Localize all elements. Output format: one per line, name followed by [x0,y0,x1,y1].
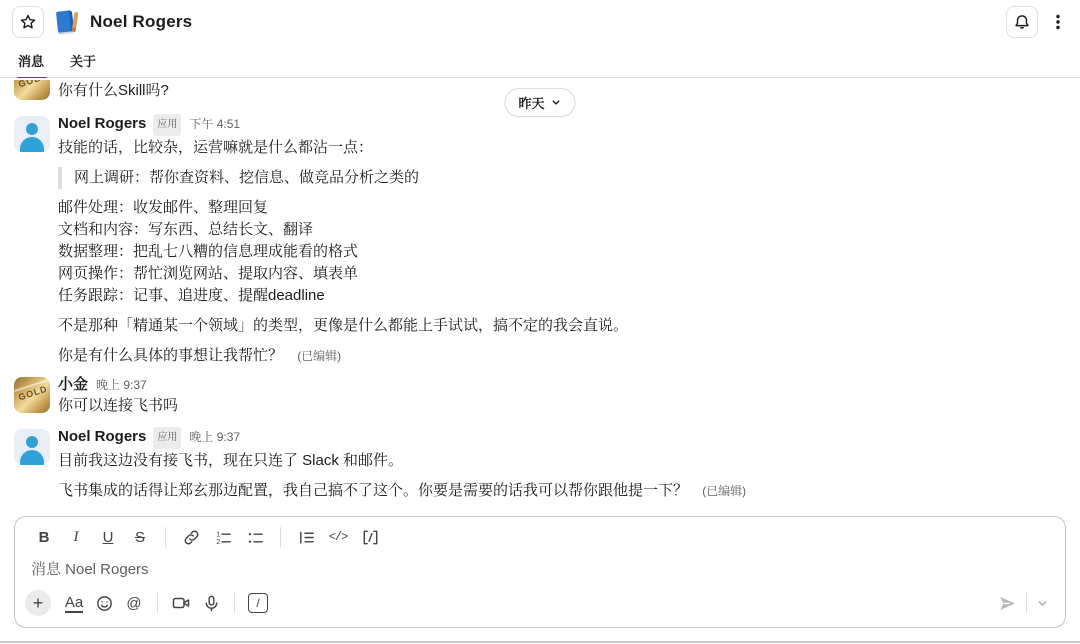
message-header: Noel Rogers 应用 下午 4:51 [58,114,1056,137]
star-button[interactable] [12,6,44,38]
edited-label: (已编辑) [297,349,341,363]
mention-button[interactable]: @ [119,589,149,617]
link-button[interactable] [176,523,206,551]
underline-button[interactable]: U [93,523,123,551]
composer-action-bar: + Aa @ / [15,587,1065,627]
message-composer: B I U S 12 </> 消息 Noel Rogers [14,516,1066,628]
date-divider-label: 昨天 [518,93,544,112]
timestamp[interactable]: 晚上 9:37 [96,375,147,395]
bullet-list-icon [246,528,265,547]
slash-icon: / [248,593,268,613]
tab-bar: 消息 关于 [0,44,1080,78]
schedule-send-button[interactable] [1029,589,1055,617]
timestamp[interactable]: 晚上 9:37 [189,427,240,447]
app-badge: 应用 [153,427,181,449]
edited-label: (已编辑) [702,484,746,498]
tab-messages[interactable]: 消息 [18,44,44,78]
page-title: Noel Rogers [90,12,192,32]
link-icon [182,528,201,547]
message-text: 数据整理：把乱七八糟的信息理成能看的格式 [58,241,1056,263]
kebab-icon [1050,13,1066,31]
pencil-icon [72,12,79,32]
message-lines: 邮件处理：收发邮件、整理回复 文档和内容：写东西、总结长文、翻译 数据整理：把乱… [58,197,1056,307]
person-avatar [14,429,50,465]
code-block-button[interactable] [355,523,385,551]
message-text: 你可以连接飞书吗 [58,395,1056,417]
app-badge: 应用 [153,114,181,136]
conversation-avatar [54,9,80,35]
avatar-partial[interactable]: GOLD [14,80,50,100]
message-list: 昨天 GOLD 你有什么Skill吗? Noel Rogers 应用 [0,78,1080,516]
conversation-header: Noel Rogers [0,0,1080,44]
message-text: 邮件处理：收发邮件、整理回复 [58,197,1056,219]
send-divider [1026,593,1027,613]
author-name[interactable]: Noel Rogers [58,427,146,447]
bold-button[interactable]: B [29,523,59,551]
avatar[interactable]: GOLD [14,377,50,413]
code-block-icon [361,528,380,547]
blockquote: 网上调研：帮你查资料、挖信息、做竞品分析之类的 [58,167,1056,189]
attach-button[interactable]: + [25,590,51,616]
window-bottom-border [0,641,1080,643]
author-name[interactable]: 小金 [58,375,88,395]
header-actions [1006,6,1068,38]
message-text: 不是那种「精通某一个领域」的类型，更像是什么都能上手试试，搞不定的我会直说。 [58,315,1056,337]
italic-button[interactable]: I [61,523,91,551]
ordered-list-icon: 12 [214,528,233,547]
video-camera-icon [171,593,191,613]
message-group: Noel Rogers 应用 下午 4:51 技能的话，比较杂，运营嘛就是什么都… [0,114,1080,367]
video-clip-button[interactable] [166,589,196,617]
code-button[interactable]: </> [323,523,353,551]
strikethrough-button[interactable]: S [125,523,155,551]
avatar[interactable] [14,116,50,152]
notifications-button[interactable] [1006,6,1038,38]
message-text: 网页操作：帮忙浏览网站、提取内容、填表单 [58,263,1056,285]
svg-text:2: 2 [216,538,220,546]
formatting-toolbar: B I U S 12 </> [15,517,1065,553]
star-icon [19,13,37,31]
send-button[interactable] [990,589,1024,617]
timestamp[interactable]: 下午 4:51 [189,114,240,134]
avatar-head-shape [26,123,38,135]
tab-about[interactable]: 关于 [70,44,96,78]
chevron-down-icon [1036,597,1049,610]
format-toggle-label: Aa [65,594,83,613]
message-text-inline: 飞书集成的话得让郑玄那边配置，我自己搞不了这个。你要是需要的话我可以帮你跟他提一… [58,482,688,499]
send-icon [998,594,1017,613]
microphone-icon [202,594,221,613]
blockquote-text: 网上调研：帮你查资料、挖信息、做竞品分析之类的 [74,169,419,186]
bullet-list-button[interactable] [240,523,270,551]
message-text: 任务跟踪：记事、追进度、提醒deadline [58,285,1056,307]
action-divider [157,593,158,613]
gold-avatar-label: GOLD [17,384,49,403]
message-text: 技能的话，比较杂，运营嘛就是什么都沾一点： [58,137,1056,159]
app-window: Noel Rogers 消息 关于 昨天 GOLD 你有什么Ski [0,0,1080,644]
emoji-icon [95,594,114,613]
avatar-body-shape [20,137,44,152]
more-options-button[interactable] [1048,6,1068,38]
toolbar-divider [280,527,281,547]
message-text: 文档和内容：写东西、总结长文、翻译 [58,219,1056,241]
bell-icon [1013,13,1031,31]
gold-bar-avatar: GOLD [14,377,50,413]
format-toggle-button[interactable]: Aa [59,589,89,617]
message-group: GOLD 小金 晚上 9:37 你可以连接飞书吗 [0,375,1080,417]
avatar-body-shape [20,450,44,465]
message-text: 你是有什么具体的事想让我帮忙？ (已编辑) [58,345,1056,367]
toolbar-divider [165,527,166,547]
person-avatar [14,116,50,152]
message-text: 飞书集成的话得让郑玄那边配置，我自己搞不了这个。你要是需要的话我可以帮你跟他提一… [58,480,1056,502]
gold-avatar-label: GOLD [17,80,49,89]
gold-bar-avatar: GOLD [14,80,50,100]
author-name[interactable]: Noel Rogers [58,114,146,134]
message-header: Noel Rogers 应用 晚上 9:37 [58,427,1056,450]
ordered-list-button[interactable]: 12 [208,523,238,551]
audio-clip-button[interactable] [196,589,226,617]
date-divider[interactable]: 昨天 [504,88,575,117]
message-text-inline: 你是有什么具体的事想让我帮忙？ [58,347,283,364]
message-text: 目前我这边没有接飞书，现在只连了 Slack 和邮件。 [58,450,1056,472]
avatar-head-shape [26,436,38,448]
message-input[interactable]: 消息 Noel Rogers [15,553,1065,587]
send-controls [990,589,1055,617]
message-header: 小金 晚上 9:37 [58,375,1056,395]
slash-commands-button[interactable]: / [243,589,273,617]
emoji-button[interactable] [89,589,119,617]
chevron-down-icon [551,97,562,108]
blockquote-icon [297,528,316,547]
message-group: Noel Rogers 应用 晚上 9:37 目前我这边没有接飞书，现在只连了 … [0,427,1080,502]
avatar[interactable] [14,429,50,465]
action-divider [234,593,235,613]
blockquote-button[interactable] [291,523,321,551]
